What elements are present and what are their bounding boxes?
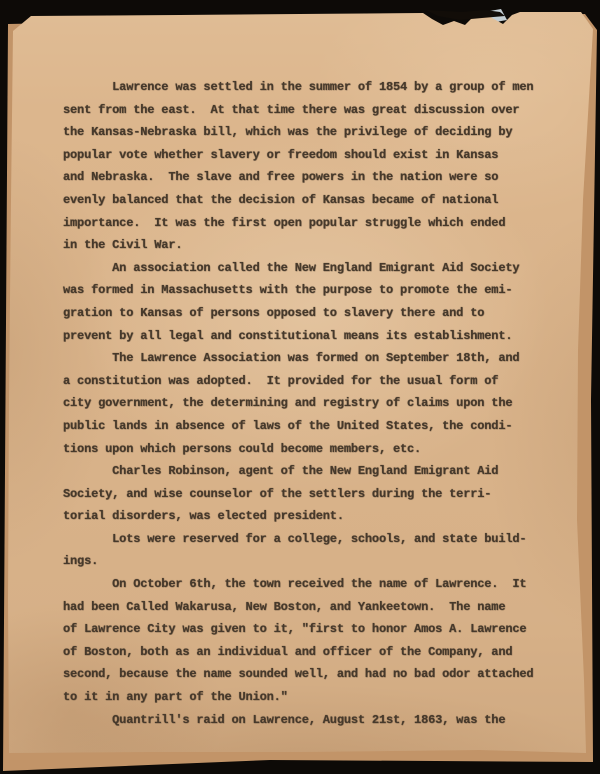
text-line: a constitution was adopted. It provided … bbox=[63, 370, 563, 393]
text-line: tions upon which persons could become me… bbox=[63, 438, 563, 461]
text-line: the Kansas-Nebraska bill, which was the … bbox=[63, 121, 563, 144]
text-line: Quantrill's raid on Lawrence, August 21s… bbox=[63, 709, 563, 732]
text-line: ings. bbox=[63, 550, 563, 573]
text-line: had been Called Wakarusa, New Boston, an… bbox=[63, 596, 563, 619]
text-line: to it in any part of the Union." bbox=[63, 686, 563, 709]
scanned-document-photo: Lawrence was settled in the summer of 18… bbox=[0, 0, 600, 774]
text-line: public lands in absence of laws of the U… bbox=[63, 415, 563, 438]
text-line: of Boston, both as an individual and off… bbox=[63, 641, 563, 664]
text-line: Society, and wise counselor of the settl… bbox=[63, 483, 563, 506]
text-line: Lawrence was settled in the summer of 18… bbox=[63, 76, 563, 99]
text-line: torial disorders, was elected president. bbox=[63, 505, 563, 528]
text-line: was formed in Massachusetts with the pur… bbox=[63, 279, 563, 302]
typewritten-text: Lawrence was settled in the summer of 18… bbox=[63, 76, 563, 731]
text-line: of Lawrence City was given to it, "first… bbox=[63, 618, 563, 641]
text-line: city government, the determining and reg… bbox=[63, 392, 563, 415]
text-line: in the Civil War. bbox=[63, 234, 563, 257]
text-line: second, because the name sounded well, a… bbox=[63, 663, 563, 686]
text-line: Lots were reserved for a college, school… bbox=[63, 528, 563, 551]
text-line: importance. It was the first open popula… bbox=[63, 212, 563, 235]
text-line: gration to Kansas of persons opposed to … bbox=[63, 302, 563, 325]
text-line: The Lawrence Association was formed on S… bbox=[63, 347, 563, 370]
text-line: On October 6th, the town received the na… bbox=[63, 573, 563, 596]
text-line: and Nebraska. The slave and free powers … bbox=[63, 166, 563, 189]
text-line: popular vote whether slavery or freedom … bbox=[63, 144, 563, 167]
text-line: sent from the east. At that time there w… bbox=[63, 99, 563, 122]
text-line: An association called the New England Em… bbox=[63, 257, 563, 280]
text-line: Charles Robinson, agent of the New Engla… bbox=[63, 460, 563, 483]
text-line: evenly balanced that the decision of Kan… bbox=[63, 189, 563, 212]
text-line: prevent by all legal and constitutional … bbox=[63, 325, 563, 348]
